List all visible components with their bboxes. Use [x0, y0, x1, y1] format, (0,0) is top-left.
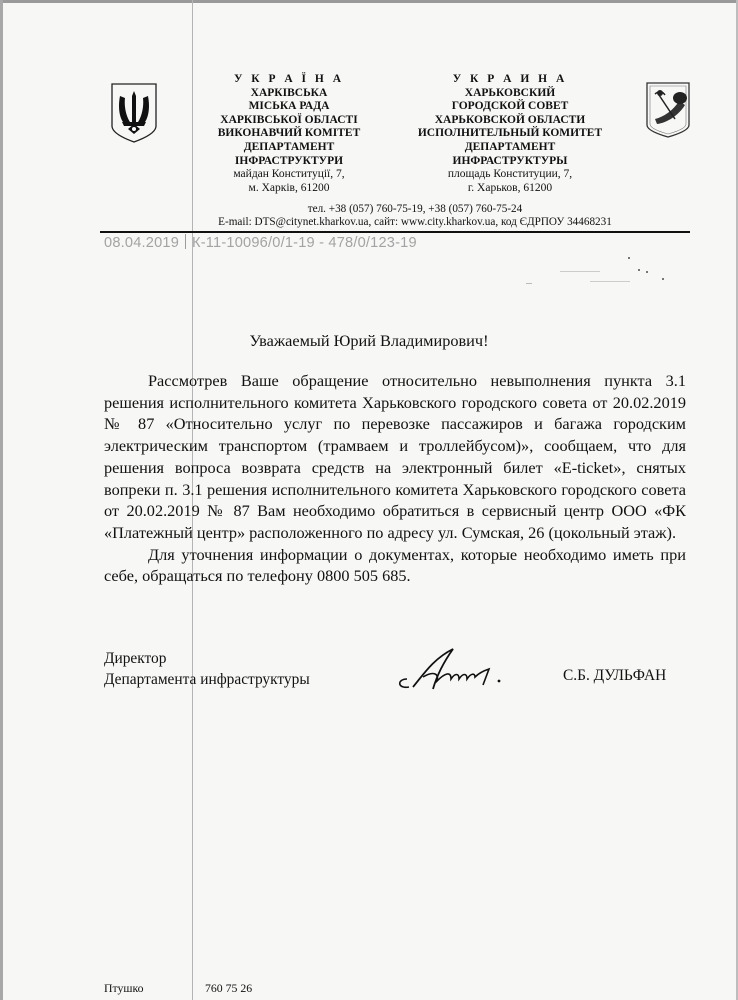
signatory-name: С.Б. ДУЛЬФАН	[563, 667, 666, 685]
registration-number: К-11-10096/0/1-19 - 478/0/123-19	[192, 235, 417, 251]
registration-stamp: 08.04.2019К-11-10096/0/1-19 - 478/0/123-…	[104, 234, 417, 251]
body-paragraph: Рассмотрев Ваше обращение относительно н…	[104, 370, 686, 544]
body-paragraph: Для уточнения информации о документах, к…	[104, 544, 686, 587]
salutation: Уважаемый Юрий Владимирович!	[0, 331, 738, 351]
registration-date: 08.04.2019	[104, 235, 179, 251]
letterhead-russian: У К Р А И Н А ХАРЬКОВСКИЙ ГОРОДСКОЙ СОВЕ…	[406, 73, 614, 195]
executor-name: Птушко	[104, 981, 144, 996]
org-line: ХАРКІВСЬКА	[200, 87, 378, 101]
org-line: ВИКОНАВЧИЙ КОМІТЕТ	[200, 127, 378, 141]
org-line: ИСПОЛНИТЕЛЬНЫЙ КОМИТЕТ	[406, 127, 614, 141]
handwritten-signature-icon	[393, 645, 538, 695]
redacted-addressee	[520, 255, 670, 289]
org-line: ХАРКІВСЬКОЇ ОБЛАСТІ	[200, 114, 378, 128]
signatory-title: Директор Департамента инфраструктуры	[104, 648, 310, 690]
address-line: м. Харків, 61200	[200, 182, 378, 196]
letterhead-email-line: E-mail: DTS@citynet.kharkov.ua, сайт: ww…	[100, 216, 730, 228]
country-name-ru: У К Р А И Н А	[406, 73, 614, 87]
ukraine-trident-emblem-icon	[109, 82, 159, 144]
letter-body: Рассмотрев Ваше обращение относительно н…	[104, 370, 686, 587]
org-line: ХАРЬКОВСКОЙ ОБЛАСТИ	[406, 114, 614, 128]
signatory-title-line: Директор	[104, 648, 310, 669]
kharkiv-coat-of-arms-icon	[645, 81, 691, 139]
org-line: ІНФРАСТРУКТУРИ	[200, 155, 378, 169]
signatory-title-line: Департамента инфраструктуры	[104, 669, 310, 690]
letterhead-ukrainian: У К Р А Ї Н А ХАРКІВСЬКА МІСЬКА РАДА ХАР…	[200, 73, 378, 195]
scan-edge-left	[0, 0, 3, 1000]
address-line: площадь Конституции, 7,	[406, 168, 614, 182]
address-line: г. Харьков, 61200	[406, 182, 614, 196]
org-line: ДЕПАРТАМЕНТ	[406, 141, 614, 155]
executor-phone: 760 75 26	[205, 981, 252, 996]
stamp-separator	[185, 234, 186, 249]
country-name-ua: У К Р А Ї Н А	[200, 73, 378, 87]
org-line: ХАРЬКОВСКИЙ	[406, 87, 614, 101]
scan-edge-top	[0, 0, 738, 3]
org-line: ИНФРАСТРУКТУРЫ	[406, 155, 614, 169]
letterhead-divider	[100, 231, 690, 233]
org-line: МІСЬКА РАДА	[200, 100, 378, 114]
address-line: майдан Конституції, 7,	[200, 168, 378, 182]
org-line: ГОРОДСКОЙ СОВЕТ	[406, 100, 614, 114]
letterhead-phones: тел. +38 (057) 760-75-19, +38 (057) 760-…	[100, 203, 730, 215]
org-line: ДЕПАРТАМЕНТ	[200, 141, 378, 155]
